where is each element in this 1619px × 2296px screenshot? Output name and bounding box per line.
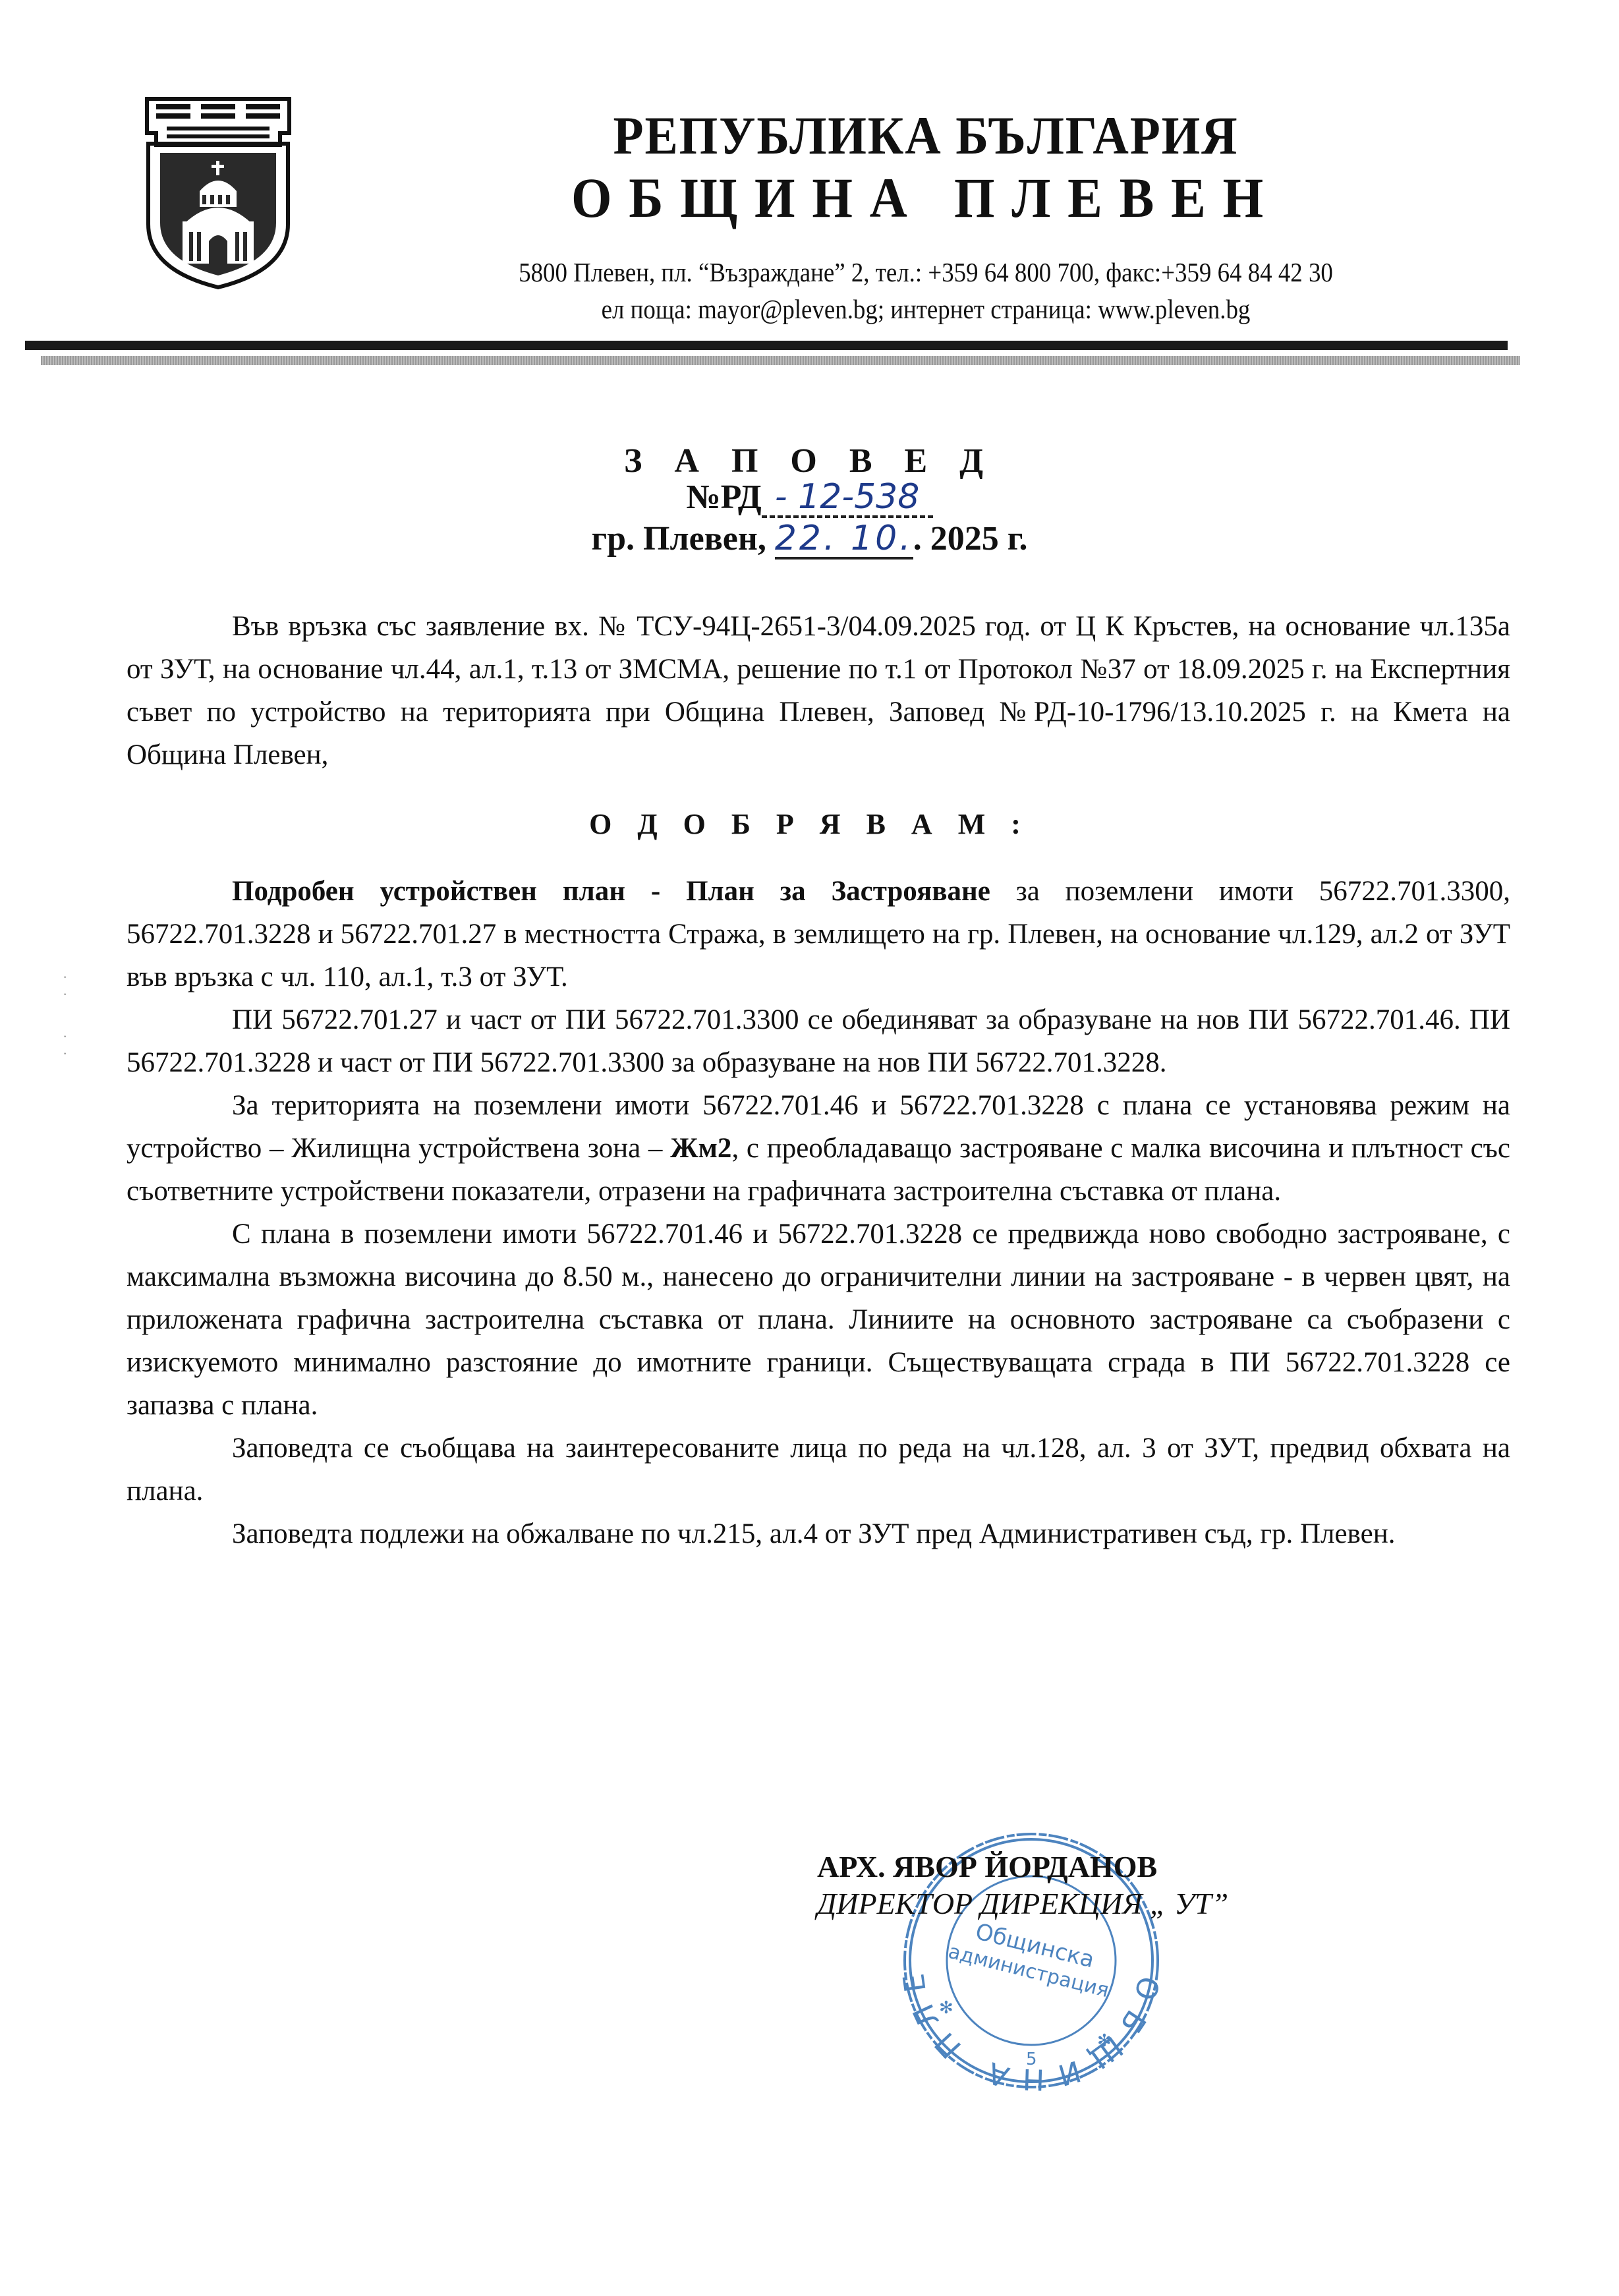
paragraph-appeal: Заповедта подлежи на обжалване по чл.215…: [127, 1512, 1510, 1555]
order-number-handwritten: - 12-538: [762, 478, 933, 518]
approve-heading: О Д О Б Р Я В А М :: [0, 807, 1619, 841]
municipality-name: ОБЩИНА ПЛЕВЕН: [350, 165, 1502, 231]
scan-mark: ··: [63, 1028, 67, 1062]
pleven-coat-of-arms-icon: [142, 92, 295, 290]
signature-block: АРХ. ЯВОР ЙОРДАНОВ ДИРЕКТОР ДИРЕКЦИЯ „ У…: [817, 1849, 1228, 1922]
scan-mark: ··: [63, 969, 67, 1003]
order-year: . 2025 г.: [913, 520, 1028, 558]
email-web-line: ел поща: mayor@pleven.bg; интернет стран…: [362, 291, 1489, 328]
intro-paragraph: Във връзка със заявление вх. № ТСУ-94Ц-2…: [127, 605, 1510, 776]
address-line: 5800 Плевен, пл. “Възраждане” 2, тел.: +…: [362, 254, 1489, 291]
signatory-name: АРХ. ЯВОР ЙОРДАНОВ: [817, 1849, 1228, 1885]
order-place-date: гр. Плевен, 22. 10.. 2025 г.: [0, 519, 1619, 560]
order-number: №РД- 12-538: [0, 478, 1619, 518]
stamp-star-icon: ✻: [939, 1998, 953, 2017]
order-date-handwritten: 22. 10.: [775, 520, 913, 560]
paragraph-zone: За територията на поземлени имоти 56722.…: [127, 1084, 1510, 1213]
plan-title: Подробен устройствен план - План за Заст…: [232, 876, 990, 907]
order-title: З А П О В Е Д: [0, 442, 1619, 480]
paragraph-merge: ПИ 56722.701.27 и част от ПИ 56722.701.3…: [127, 998, 1510, 1084]
paragraph-plan: Подробен устройствен план - План за Заст…: [127, 870, 1510, 998]
letterhead-contact: 5800 Плевен, пл. “Възраждане” 2, тел.: +…: [300, 254, 1552, 328]
paragraph-building: С плана в поземлени имоти 56722.701.46 и…: [127, 1213, 1510, 1427]
header-rule-dark: [25, 341, 1508, 350]
zone-code: Жм2: [670, 1133, 731, 1164]
letterhead-title: РЕПУБЛИКА БЪЛГАРИЯ ОБЩИНА ПЛЕВЕН: [300, 104, 1552, 231]
order-place: гр. Плевен,: [591, 520, 766, 558]
paragraph-notification: Заповедта се съобщава на заинтересованит…: [127, 1427, 1510, 1512]
signatory-title: ДИРЕКТОР ДИРЕКЦИЯ „ УТ”: [817, 1885, 1228, 1922]
stamp-star-icon: ✻: [1097, 2031, 1112, 2050]
order-number-prefix: №РД: [686, 478, 761, 516]
decision-body: Подробен устройствен план - План за Заст…: [127, 870, 1510, 1555]
stamp-number: 5: [1026, 2050, 1037, 2069]
intro-text: Във връзка със заявление вх. № ТСУ-94Ц-2…: [127, 605, 1510, 776]
header-rule-gray: [41, 356, 1520, 365]
country-name: РЕПУБЛИКА БЪЛГАРИЯ: [350, 104, 1502, 167]
